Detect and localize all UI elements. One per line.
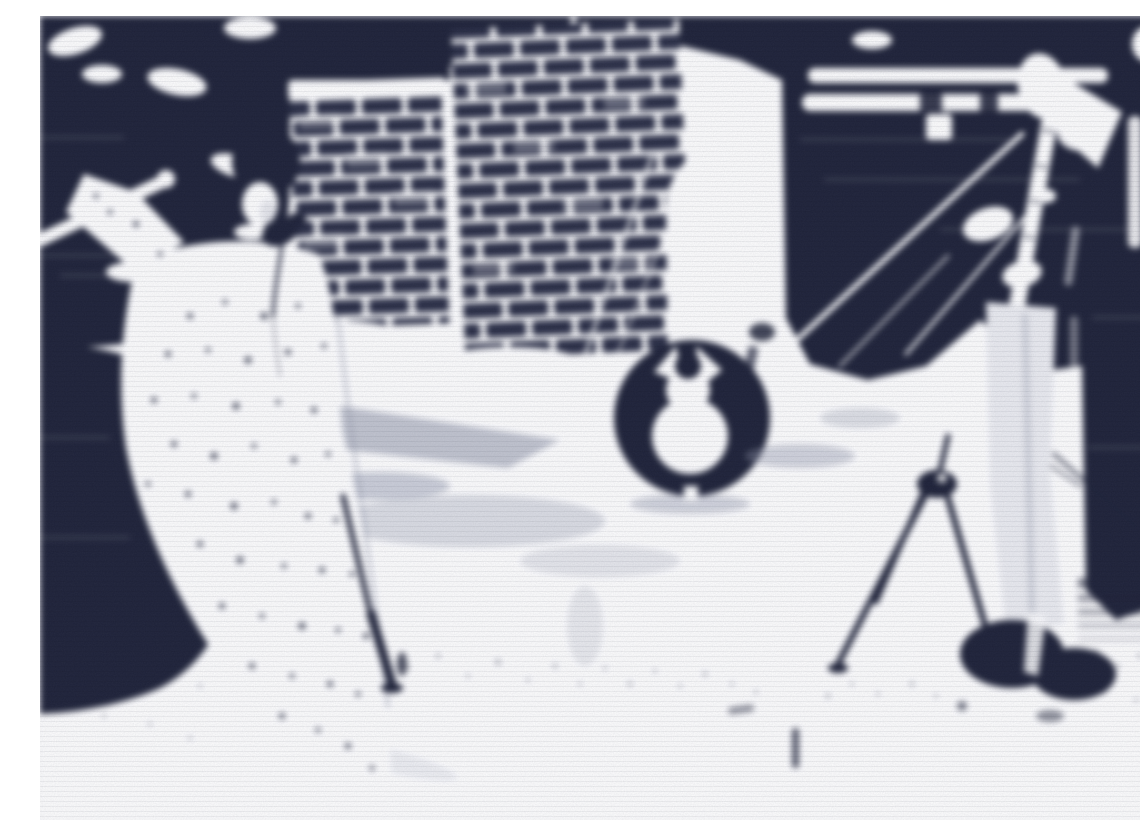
drum-pedal [749, 323, 775, 341]
stage-photo-band-performance: Blurry black-and-white photograph of a b… [40, 16, 1140, 820]
floor-mark [792, 728, 799, 768]
photo-scene: Blurry black-and-white photograph of a b… [40, 16, 1140, 820]
tripod-hub [917, 470, 957, 498]
bass-drum-emblem [652, 346, 728, 474]
brick-wall-panel-center [451, 19, 693, 361]
photo-painting: Blurry black-and-white photograph of a b… [40, 16, 1140, 820]
floor-mark [397, 652, 407, 676]
